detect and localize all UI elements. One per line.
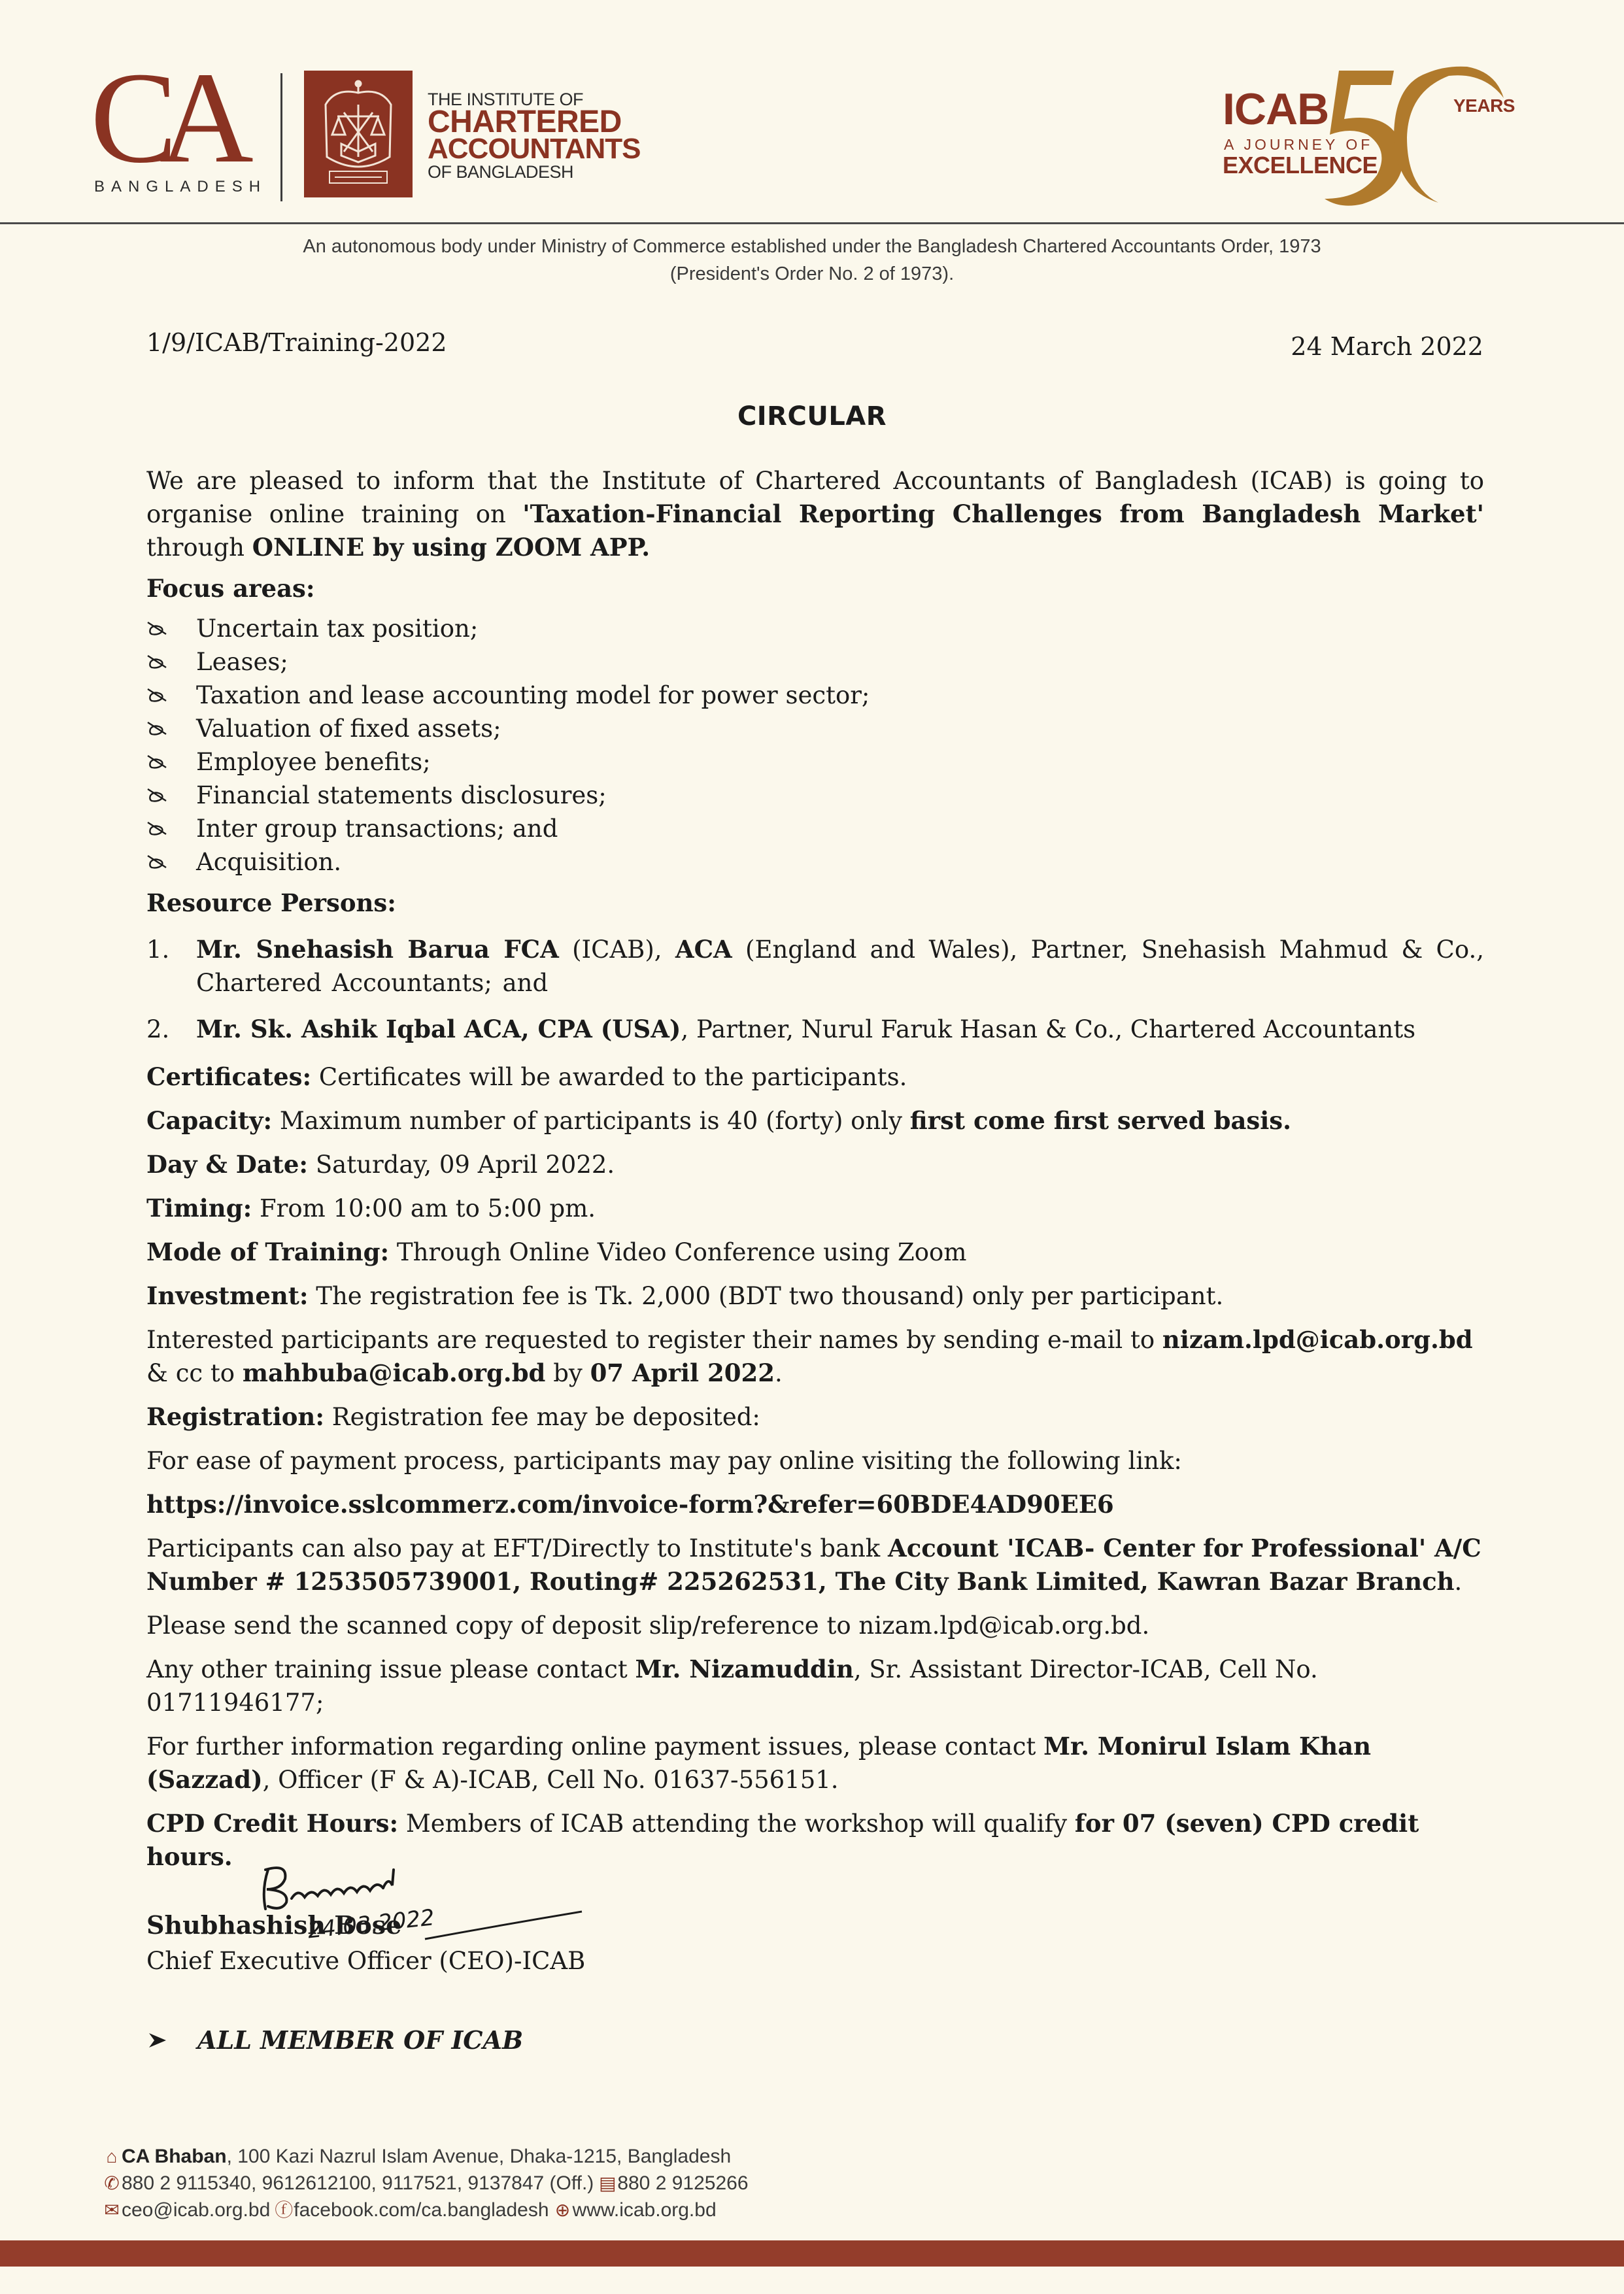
anniversary-years: YEARS	[1453, 95, 1515, 116]
writing-hand-icon	[146, 788, 196, 803]
ca-logo-country: BANGLADESH	[94, 178, 267, 196]
payment-contact: For further information regarding online…	[146, 1730, 1484, 1796]
signer-title: Chief Executive Officer (CEO)-ICAB	[146, 1947, 585, 1975]
payment-link[interactable]: https://invoice.sslcommerz.com/invoice-f…	[146, 1488, 1484, 1521]
focus-area-item: Taxation and lease accounting model for …	[146, 679, 1484, 712]
focus-area-item: Leases;	[146, 645, 1484, 679]
focus-area-item: Inter group transactions; and	[146, 812, 1484, 845]
footer-band	[0, 2240, 1624, 2267]
resource-person-qual: (ICAB),	[559, 936, 675, 964]
footer-phone-row: ✆ 880 2 9115340, 9612612100, 9117521, 91…	[102, 2170, 749, 2197]
certificates-label: Certificates:	[146, 1062, 311, 1091]
certificates-line: Certificates: Certificates will be award…	[146, 1060, 1484, 1094]
institute-name-line2: CHARTERED	[428, 109, 641, 136]
intro-text-2: through	[146, 533, 252, 562]
mode-line: Mode of Training: Through Online Video C…	[146, 1236, 1484, 1269]
intro-paragraph: We are pleased to inform that the Instit…	[146, 464, 1484, 564]
training-contact-name: Mr. Nizamuddin	[635, 1655, 853, 1683]
training-title: 'Taxation-Financial Reporting Challenges…	[522, 499, 1484, 528]
payment-contact-text: For further information regarding online…	[146, 1732, 1043, 1761]
register-text-4: .	[775, 1359, 783, 1387]
register-instructions: Interested participants are requested to…	[146, 1323, 1484, 1390]
home-icon: ⌂	[102, 2143, 122, 2170]
resource-person-text: Mr. Snehasish Barua FCA (ICAB), ACA (Eng…	[196, 933, 1484, 1000]
capacity-label: Capacity:	[146, 1106, 272, 1135]
training-details: Certificates: Certificates will be award…	[146, 1060, 1484, 1874]
anniversary-tagline2: EXCELLENCE	[1223, 152, 1378, 179]
autonomous-statement: An autonomous body under Ministry of Com…	[0, 233, 1624, 288]
focus-area-text: Valuation of fixed assets;	[196, 712, 501, 745]
footer-facebook[interactable]: facebook.com/ca.bangladesh	[294, 2197, 549, 2223]
day-date-line: Day & Date: Saturday, 09 April 2022.	[146, 1148, 1484, 1181]
investment-value: The registration fee is Tk. 2,000 (BDT t…	[309, 1282, 1224, 1310]
facebook-icon: ⓕ	[274, 2197, 294, 2223]
capacity-line: Capacity: Maximum number of participants…	[146, 1104, 1484, 1138]
focus-areas-heading: Focus areas:	[146, 572, 1484, 605]
timing-label: Timing:	[146, 1194, 252, 1223]
focus-area-item: Valuation of fixed assets;	[146, 712, 1484, 745]
investment-line: Investment: The registration fee is Tk. …	[146, 1279, 1484, 1313]
resource-persons-heading: Resource Persons:	[146, 886, 1484, 920]
resource-person-affiliation: , Partner, Nurul Faruk Hasan & Co., Char…	[681, 1015, 1415, 1043]
list-number: 1.	[146, 933, 196, 1000]
fax-icon: ▤	[598, 2170, 617, 2197]
resource-persons-list: 1. Mr. Snehasish Barua FCA (ICAB), ACA (…	[146, 933, 1484, 1046]
focus-area-text: Inter group transactions; and	[196, 812, 558, 845]
writing-hand-icon	[146, 688, 196, 703]
certificates-value: Certificates will be awarded to the part…	[311, 1063, 907, 1091]
focus-area-text: Employee benefits;	[196, 745, 431, 779]
register-email-link[interactable]: nizam.lpd@icab.org.bd	[1162, 1325, 1473, 1354]
footer-building: CA Bhaban	[122, 2143, 227, 2170]
mode-value: Through Online Video Conference using Zo…	[389, 1238, 966, 1266]
header-rule	[0, 222, 1624, 224]
cpd-label: CPD Credit Hours:	[146, 1809, 398, 1838]
writing-hand-icon	[146, 754, 196, 770]
resource-person-item: 2. Mr. Sk. Ashik Iqbal ACA, CPA (USA), P…	[146, 1013, 1484, 1046]
writing-hand-icon	[146, 721, 196, 737]
capacity-value: Maximum number of participants is 40 (fo…	[272, 1107, 910, 1135]
writing-hand-icon	[146, 621, 196, 637]
registration-line: Registration: Registration fee may be de…	[146, 1400, 1484, 1434]
footer-website[interactable]: www.icab.org.bd	[573, 2197, 717, 2223]
circular-date: 24 March 2022	[1291, 332, 1483, 361]
resource-person-qual-bold: ACA	[675, 935, 732, 964]
footer-contact: ⌂ CA Bhaban, 100 Kazi Nazrul Islam Avenu…	[102, 2143, 749, 2223]
focus-area-text: Uncertain tax position;	[196, 612, 478, 645]
envelope-icon: ✉	[102, 2197, 122, 2223]
icab-crest-icon	[304, 71, 413, 197]
ca-logo-letters: CA	[90, 63, 235, 174]
training-contact: Any other training issue please contact …	[146, 1653, 1484, 1719]
focus-area-text: Leases;	[196, 645, 288, 679]
bank-payment-text: Participants can also pay at EFT/Directl…	[146, 1532, 1484, 1598]
investment-label: Investment:	[146, 1281, 309, 1310]
deposit-slip-text: Please send the scanned copy of deposit …	[146, 1609, 1484, 1642]
register-text-3: by	[545, 1359, 590, 1387]
timing-value: From 10:00 am to 5:00 pm.	[252, 1194, 596, 1223]
writing-hand-icon	[146, 654, 196, 670]
resource-person-item: 1. Mr. Snehasish Barua FCA (ICAB), ACA (…	[146, 933, 1484, 1000]
autonomous-line2: (President's Order No. 2 of 1973).	[0, 260, 1624, 288]
cpd-value: Members of ICAB attending the workshop w…	[398, 1810, 1075, 1838]
training-contact-text: Any other training issue please contact	[146, 1655, 635, 1683]
page-title: CIRCULAR	[0, 401, 1624, 431]
footer-address-row: ⌂ CA Bhaban, 100 Kazi Nazrul Islam Avenu…	[102, 2143, 749, 2170]
institute-name: THE INSTITUTE OF CHARTERED ACCOUNTANTS O…	[428, 90, 641, 182]
focus-areas-list: Uncertain tax position;Leases;Taxation a…	[146, 612, 1484, 879]
autonomous-line1: An autonomous body under Ministry of Com…	[0, 233, 1624, 260]
focus-area-item: Acquisition.	[146, 845, 1484, 879]
payment-contact-details: , Officer (F & A)-ICAB, Cell No. 01637-5…	[263, 1766, 839, 1794]
arrowhead-icon	[148, 2025, 197, 2055]
anniversary-tagline1: A JOURNEY OF	[1224, 136, 1373, 154]
cc-email-link[interactable]: mahbuba@icab.org.bd	[243, 1358, 546, 1387]
signer-name: Shubhashish Bose	[146, 1910, 401, 1940]
writing-hand-icon	[146, 821, 196, 837]
list-number: 2.	[146, 1013, 196, 1046]
ca-bangladesh-logo: CA BANGLADESH	[90, 63, 260, 180]
circular-body: We are pleased to inform that the Instit…	[146, 464, 1484, 1874]
focus-area-item: Financial statements disclosures;	[146, 779, 1484, 812]
footer-email[interactable]: ceo@icab.org.bd	[122, 2197, 270, 2223]
logo-divider	[280, 73, 282, 201]
register-deadline: 07 April 2022	[590, 1358, 775, 1387]
resource-person-text: Mr. Sk. Ashik Iqbal ACA, CPA (USA), Part…	[196, 1013, 1484, 1046]
footer-fax: 880 2 9125266	[617, 2170, 748, 2197]
register-text: Interested participants are requested to…	[146, 1326, 1162, 1354]
phone-icon: ✆	[102, 2170, 122, 2197]
icab-50-years-logo: ICAB A JOURNEY OF EXCELLENCE YEARS	[1223, 59, 1523, 209]
resource-person-name: Mr. Snehasish Barua FCA	[196, 935, 559, 964]
institute-name-line3: ACCOUNTANTS	[428, 136, 641, 162]
distribution-recipient: ALL MEMBER OF ICAB	[197, 2025, 523, 2055]
focus-area-text: Acquisition.	[196, 845, 341, 879]
footer-online-row: ✉ ceo@icab.org.bd ⓕ facebook.com/ca.bang…	[102, 2197, 749, 2223]
register-text-2: & cc to	[146, 1359, 243, 1387]
focus-area-text: Taxation and lease accounting model for …	[196, 679, 870, 712]
institute-name-line4: OF BANGLADESH	[428, 162, 641, 182]
bank-text-2: .	[1455, 1568, 1463, 1596]
focus-area-text: Financial statements disclosures;	[196, 779, 607, 812]
distribution-line: ALL MEMBER OF ICAB	[148, 2025, 523, 2055]
day-date-label: Day & Date:	[146, 1150, 308, 1179]
resource-person-name: Mr. Sk. Ashik Iqbal ACA, CPA (USA)	[196, 1015, 681, 1043]
anniversary-brand: ICAB	[1223, 84, 1328, 135]
registration-value: Registration fee may be deposited:	[324, 1403, 760, 1431]
online-payment-text: For ease of payment process, participant…	[146, 1444, 1484, 1477]
bank-text: Participants can also pay at EFT/Directl…	[146, 1534, 888, 1562]
day-date-value: Saturday, 09 April 2022.	[308, 1151, 615, 1179]
timing-line: Timing: From 10:00 am to 5:00 pm.	[146, 1192, 1484, 1225]
footer-phone: 880 2 9115340, 9612612100, 9117521, 9137…	[122, 2170, 594, 2197]
focus-area-item: Employee benefits;	[146, 745, 1484, 779]
capacity-emphasis: first come first served basis.	[910, 1106, 1291, 1135]
mode-label: Mode of Training:	[146, 1238, 389, 1266]
writing-hand-icon	[146, 854, 196, 870]
training-mode: ONLINE by using ZOOM APP.	[252, 533, 650, 562]
registration-label: Registration:	[146, 1402, 324, 1431]
footer-address: , 100 Kazi Nazrul Islam Avenue, Dhaka-12…	[227, 2143, 732, 2170]
focus-area-item: Uncertain tax position;	[146, 612, 1484, 645]
globe-icon: ⊕	[553, 2197, 573, 2223]
reference-number: 1/9/ICAB/Training-2022	[146, 328, 447, 357]
